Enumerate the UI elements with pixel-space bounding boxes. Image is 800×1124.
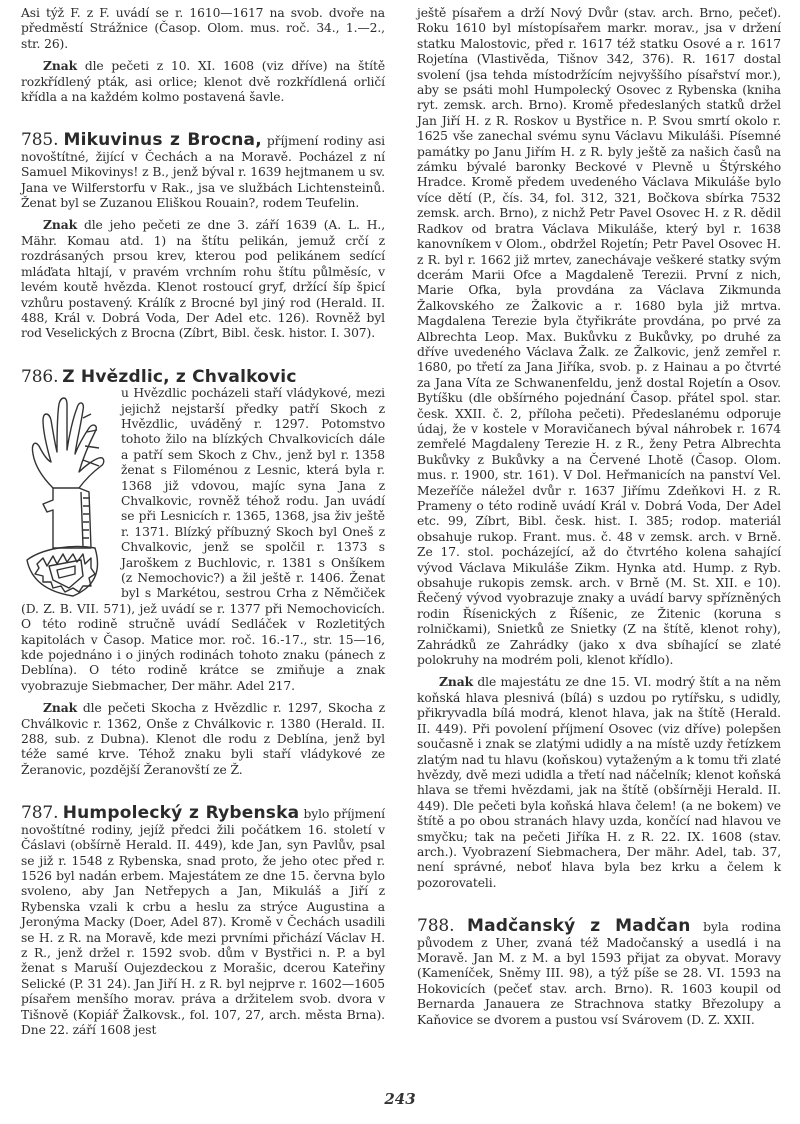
- entry-body: byla rodina původem z Uher, zvaná též Ma…: [417, 920, 781, 1026]
- coat-of-arms-illustration: [13, 388, 113, 598]
- entry-787-znak: Znak dle majestátu ze dne 15. VI. modrý …: [417, 674, 781, 891]
- intro-znak-paragraph: Znak dle pečeti z 10. XI. 1608 (viz dřív…: [21, 58, 385, 105]
- intro-paragraph: Asi týž F. z F. uvádí se r. 1610—1617 na…: [21, 6, 385, 52]
- entry-heading: Mikuvinus z Brocna,: [63, 130, 261, 150]
- znak-keyword: Znak: [439, 674, 473, 689]
- right-column: ještě písařem a drží Nový Dvůr (stav. ar…: [417, 6, 781, 1028]
- entry-number: 786.: [21, 367, 58, 387]
- entry-787: 787. Humpolecký z Rybenska bylo příjmení…: [21, 806, 385, 1038]
- page-number: 243: [0, 1090, 800, 1108]
- coat-of-arms-icon: [13, 388, 113, 598]
- entry-788: 788. Madčanský z Madčan byla rodina půvo…: [417, 919, 781, 1028]
- left-column: Asi týž F. z F. uvádí se r. 1610—1617 na…: [21, 6, 385, 1038]
- entry-body: bylo příjmení novoštítné rodiny, jejíž p…: [21, 807, 385, 1037]
- entry-heading: Z Hvězdlic, z Chvalkovic: [62, 367, 296, 387]
- entry-785: 785. Mikuvinus z Brocna, příjmení rodiny…: [21, 133, 385, 211]
- book-page: Asi týž F. z F. uvádí se r. 1610—1617 na…: [0, 0, 800, 1124]
- entry-heading: Madčanský z Madčan: [467, 916, 691, 936]
- entry-787-continuation: ještě písařem a drží Nový Dvůr (stav. ar…: [417, 6, 781, 668]
- znak-keyword: Znak: [43, 58, 77, 73]
- znak-keyword: Znak: [43, 217, 77, 232]
- entry-786: u Hvězdlic pocházeli staří vládykové, me…: [21, 386, 385, 694]
- entry-786-znak: Znak dle pečeti Skocha z Hvězdlic r. 129…: [21, 700, 385, 778]
- entry-786-heading-line: 786. Z Hvězdlic, z Chvalkovic: [21, 370, 385, 386]
- entry-heading: Humpolecký z Rybenska: [63, 803, 300, 823]
- entry-number: 785.: [21, 130, 58, 150]
- entry-number: 788.: [417, 916, 454, 936]
- entry-number: 787.: [21, 803, 58, 823]
- znak-keyword: Znak: [43, 700, 77, 715]
- entry-785-znak: Znak dle jeho pečeti ze dne 3. září 1639…: [21, 217, 385, 341]
